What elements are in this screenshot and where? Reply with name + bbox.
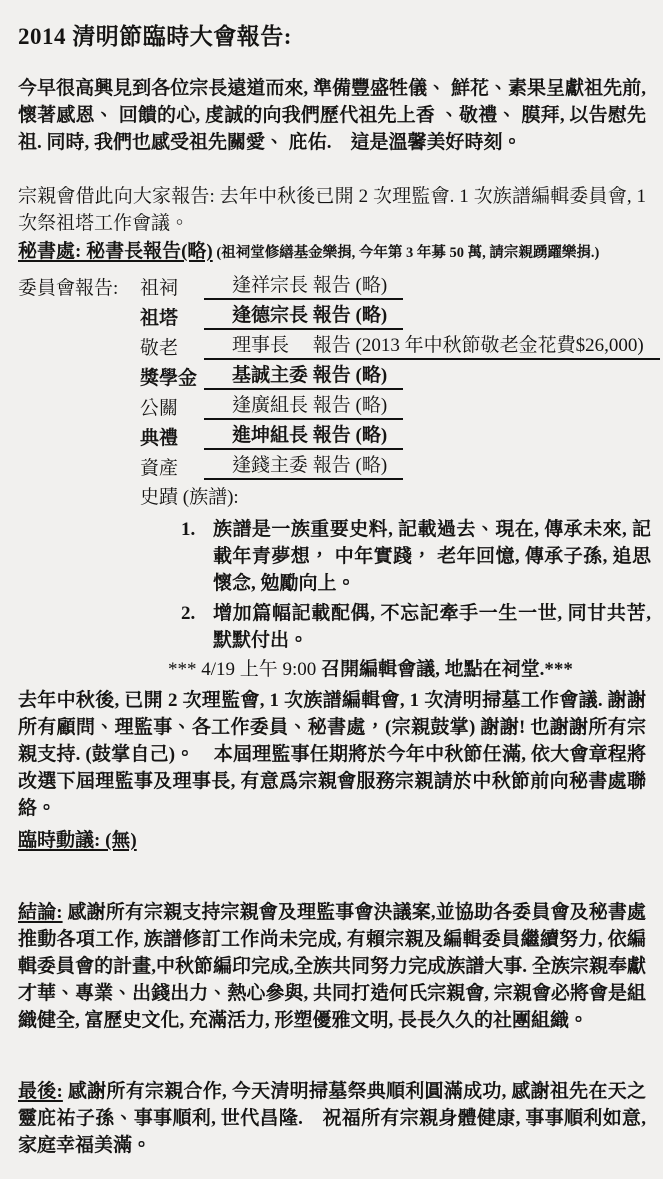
meeting-note-detail: 召開編輯會議, 地點在祠堂.*** bbox=[321, 659, 573, 680]
committee-report-section: 委員會報告: 祖祠 逢祥宗長 報告 (略) 祖塔 逢德宗長 報告 (略) 敬老 … bbox=[18, 270, 646, 480]
list-text: 增加篇幅記載配偶, 不忘記牽手一生一世, 同甘共苦, 默默付出。 bbox=[213, 600, 651, 654]
history-list-item: 2. 增加篇幅記載配偶, 不忘記牽手一生一世, 同甘共苦, 默默付出。 bbox=[181, 600, 651, 654]
committee-row: 敬老 理事長 報告 (2013 年中秋節敬老金花費$26,000) bbox=[18, 330, 646, 360]
committee-value: 逢廣組長 報告 (略) bbox=[204, 390, 403, 420]
committee-report-label: 委員會報告: bbox=[18, 273, 140, 300]
opening-paragraph: 今早很高興見到各位宗長遠道而來, 準備豐盛牲儀、 鮮花、素果呈獻祖先前, 懷著感… bbox=[18, 75, 646, 156]
committee-row: 祖塔 逢德宗長 報告 (略) bbox=[18, 300, 646, 330]
committee-value: 逢德宗長 報告 (略) bbox=[204, 300, 403, 330]
final-text: 感謝所有宗親合作, 今天清明掃墓祭典順利圓滿成功, 感謝祖先在天之靈庇祐子孫、事… bbox=[18, 1081, 646, 1156]
history-list-item: 1. 族譜是一族重要史料, 記載過去、現在, 傳承未來, 記載年青夢想， 中年實… bbox=[181, 516, 651, 597]
secretariat-line: 秘書處: 秘書長報告(略) (祖祠堂修繕基金樂捐, 今年第 3 年募 50 萬,… bbox=[18, 237, 646, 268]
list-text: 族譜是一族重要史料, 記載過去、現在, 傳承未來, 記載年青夢想， 中年實踐， … bbox=[213, 516, 651, 597]
closing-report-paragraph: 去年中秋後, 已開 2 次理監會, 1 次族譜編輯會, 1 次清明掃墓工作會議.… bbox=[18, 687, 646, 822]
list-number: 2. bbox=[181, 600, 213, 654]
committee-row: 資產 逢錢主委 報告 (略) bbox=[18, 450, 646, 480]
history-section-label: 史蹟 (族譜): bbox=[140, 483, 646, 513]
committee-name: 典禮 bbox=[140, 423, 204, 450]
committee-value: 基誠主委 報告 (略) bbox=[204, 360, 403, 390]
secretariat-note: (祖祠堂修繕基金樂捐, 今年第 3 年募 50 萬, 請宗親踴躍樂捐.) bbox=[213, 245, 600, 261]
committee-row: 典禮 進坤組長 報告 (略) bbox=[18, 420, 646, 450]
conclusion-text: 感謝所有宗親支持宗親會及理監事會決議案,並協助各委員會及秘書處推動各項工作, 族… bbox=[18, 902, 646, 1031]
motions-label: 臨時動議: (無) bbox=[18, 830, 137, 851]
committee-row: 委員會報告: 祖祠 逢祥宗長 報告 (略) bbox=[18, 270, 646, 300]
committee-name: 敬老 bbox=[140, 333, 204, 360]
final-paragraph: 最後: 感謝所有宗親合作, 今天清明掃墓祭典順利圓滿成功, 感謝祖先在天之靈庇祐… bbox=[18, 1078, 646, 1159]
committee-row: 獎學金 基誠主委 報告 (略) bbox=[18, 360, 646, 390]
secretariat-label: 秘書處: 秘書長報告(略) bbox=[18, 241, 213, 262]
committee-name: 公關 bbox=[140, 393, 204, 420]
document-title: 2014 清明節臨時大會報告: bbox=[18, 18, 646, 51]
committee-value: 逢錢主委 報告 (略) bbox=[204, 450, 403, 480]
list-number: 1. bbox=[181, 516, 213, 597]
meeting-note-time: *** 4/19 上午 9:00 bbox=[168, 659, 321, 680]
motions-line: 臨時動議: (無) bbox=[18, 826, 646, 856]
committee-value: 理事長 報告 (2013 年中秋節敬老金花費$26,000) bbox=[204, 330, 660, 360]
committee-value: 進坤組長 報告 (略) bbox=[204, 420, 403, 450]
committee-name: 資產 bbox=[140, 453, 204, 480]
committee-name: 祖祠 bbox=[140, 273, 204, 300]
committee-value: 逢祥宗長 報告 (略) bbox=[204, 270, 403, 300]
scanned-report-document: { "page": { "background_color": "#f1f0ee… bbox=[0, 0, 663, 1179]
committee-name: 祖塔 bbox=[140, 303, 204, 330]
conclusion-label: 結論: bbox=[18, 902, 63, 923]
editorial-meeting-note: *** 4/19 上午 9:00 召開編輯會議, 地點在祠堂.*** bbox=[168, 656, 646, 684]
committee-name: 獎學金 bbox=[140, 363, 204, 390]
committee-row: 公關 逢廣組長 報告 (略) bbox=[18, 390, 646, 420]
report-intro-paragraph: 宗親會借此向大家報告: 去年中秋後已開 2 次理監會. 1 次族譜編輯委員會, … bbox=[18, 183, 646, 237]
conclusion-paragraph: 結論: 感謝所有宗親支持宗親會及理監事會決議案,並協助各委員會及秘書處推動各項工… bbox=[18, 899, 646, 1034]
final-label: 最後: bbox=[18, 1081, 63, 1102]
